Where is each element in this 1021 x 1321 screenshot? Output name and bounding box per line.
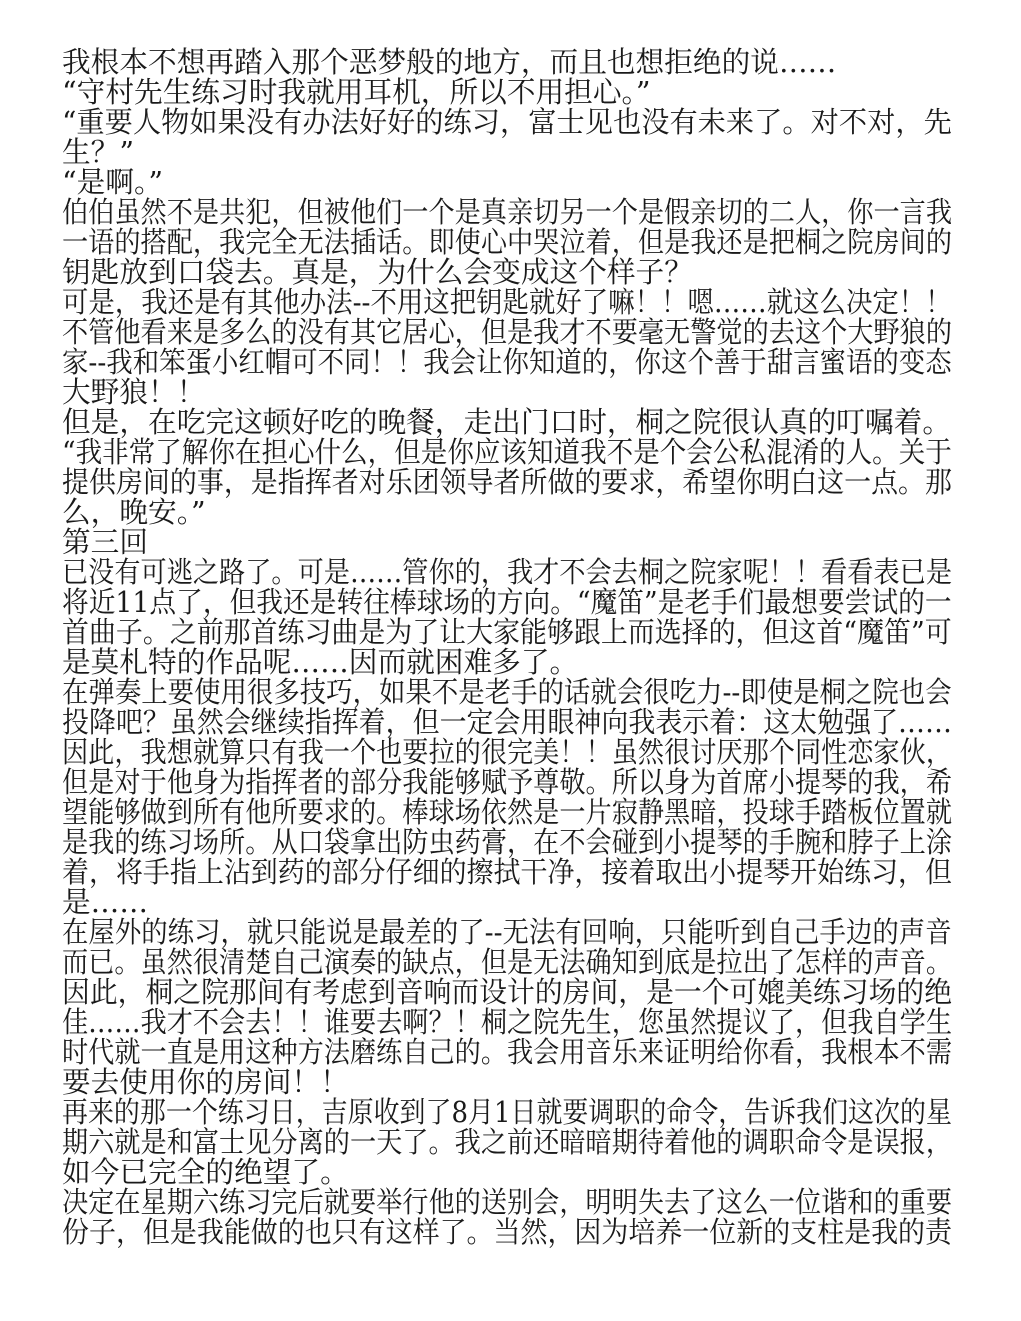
- text-line: 伯伯虽然不是共犯，但被他们一个是真亲切另一个是假亲切的二人，你一言我: [62, 197, 874, 227]
- document-page: 我根本不想再踏入那个恶梦般的地方，而且也想拒绝的说…… “守村先生练习时我就用耳…: [62, 47, 962, 1247]
- text-line: 生？”: [62, 137, 952, 167]
- chapter-heading: 第三回: [62, 527, 952, 557]
- text-line: 望能够做到所有他所要求的。棒球场依然是一片寂静黑暗，投球手踏板位置就: [62, 797, 874, 827]
- text-line: 期六就是和富士见分离的一天了。我之前还暗暗期待着他的调职命令是误报，: [62, 1127, 874, 1157]
- text-line: “重要人物如果没有办法好好的练习，富士见也没有未来了。对不对，先: [62, 107, 938, 137]
- text-line: 钥匙放到口袋去。真是，为什么会变成这个样子？: [62, 257, 952, 287]
- text-line: 首曲子。之前那首练习曲是为了让大家能够跟上而选择的，但这首“魔笛”可: [62, 617, 898, 647]
- text-line: 是我的练习场所。从口袋拿出防虫药膏，在不会碰到小提琴的手腕和脖子上涂: [62, 827, 874, 857]
- text-line: 要去使用你的房间！！: [62, 1067, 952, 1097]
- text-line: 决定在星期六练习完后就要举行他的送别会，明明失去了这么一位谐和的重要: [62, 1187, 874, 1217]
- text-line: 投降吧？虽然会继续指挥着，但一定会用眼神向我表示着：这太勉强了……: [62, 707, 899, 737]
- text-line: 着，将手指上沾到药的部分仔细的擦拭干净，接着取出小提琴开始练习，但: [62, 857, 899, 887]
- text-line: “我非常了解你在担心什么，但是你应该知道我不是个会公私混淆的人。关于: [62, 437, 886, 467]
- text-line: 时代就一直是用这种方法磨练自己的。我会用音乐来证明给你看，我根本不需: [62, 1037, 874, 1067]
- text-line: 但是对于他身为指挥者的部分我能够赋予尊敬。所以身为首席小提琴的我，希: [62, 767, 874, 797]
- text-line: 将近11点了，但我还是转往棒球场的方向。“魔笛”是老手们最想要尝试的一: [62, 587, 891, 617]
- text-line: 么，晚安。”: [62, 497, 952, 527]
- text-line: 佳……我才不会去！！谁要去啊？！桐之院先生，您虽然提议了，但我自学生: [62, 1007, 874, 1037]
- text-line: 是……: [62, 887, 952, 917]
- text-line: 我根本不想再踏入那个恶梦般的地方，而且也想拒绝的说……: [62, 47, 952, 77]
- text-line: 家--我和笨蛋小红帽可不同！！我会让你知道的，你这个善于甜言蜜语的变态: [62, 347, 882, 377]
- text-line: 一语的搭配，我完全无法插话。即使心中哭泣着，但是我还是把桐之院房间的: [62, 227, 874, 257]
- text-line: 已没有可逃之路了。可是……管你的，我才不会去桐之院家呢！！看看表已是: [62, 557, 874, 587]
- text-line: 不管他看来是多么的没有其它居心，但是我才不要毫无警觉的去这个大野狼的: [62, 317, 874, 347]
- text-line: 但是，在吃完这顿好吃的晚餐，走出门口时，桐之院很认真的叮嘱着。: [62, 407, 952, 437]
- text-line: 份子，但是我能做的也只有这样了。当然，因为培养一位新的支柱是我的责: [62, 1217, 899, 1247]
- text-line: 在屋外的练习，就只能说是最差的了--无法有回响，只能听到自己手边的声音: [62, 917, 882, 947]
- text-line: 在弹奏上要使用很多技巧，如果不是老手的话就会很吃力--即使是桐之院也会: [62, 677, 882, 707]
- text-line: 是莫札特的作品呢……因而就困难多了。: [62, 647, 952, 677]
- text-line: 再来的那一个练习日，吉原收到了8月1日就要调职的命令，告诉我们这次的星: [62, 1097, 868, 1127]
- text-line: 提供房间的事，是指挥者对乐团领导者所做的要求，希望你明白这一点。那: [62, 467, 899, 497]
- text-line: 因此，桐之院那间有考虑到音响而设计的房间，是一个可媲美练习场的绝: [62, 977, 925, 1007]
- text-line: 大野狼！！: [62, 377, 952, 407]
- text-line: 因此，我想就算只有我一个也要拉的很完美！！虽然很讨厌那个同性恋家伙，: [62, 737, 874, 767]
- text-line: 可是，我还是有其他办法--不用这把钥匙就好了嘛！！嗯……就这么决定！！: [62, 287, 882, 317]
- text-line: 如今已完全的绝望了。: [62, 1157, 952, 1187]
- text-line: “是啊。”: [62, 167, 952, 197]
- text-line: 而已。虽然很清楚自己演奏的缺点，但是无法确知到底是拉出了怎样的声音。: [62, 947, 874, 977]
- text-line: “守村先生练习时我就用耳机，所以不用担心。”: [62, 77, 952, 107]
